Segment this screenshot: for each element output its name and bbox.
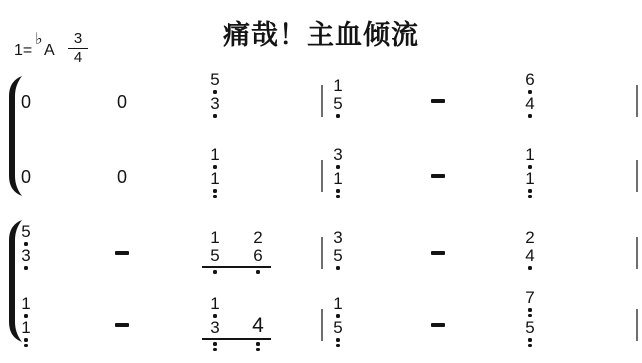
beam-line	[202, 338, 271, 340]
octave-dot	[213, 342, 216, 345]
barline	[321, 85, 323, 117]
note-digit: 5	[210, 72, 219, 88]
note-digit: 1	[210, 296, 219, 312]
note-digit: 5	[210, 248, 219, 264]
dash-note	[431, 99, 445, 103]
note-digit: 3	[210, 96, 219, 112]
note-digit: 1	[525, 147, 534, 163]
octave-dot	[528, 314, 531, 317]
note-digit: 5	[333, 248, 342, 264]
note-digit: 3	[333, 230, 342, 246]
octave-dot	[213, 189, 216, 192]
note-digit: 5	[21, 224, 30, 240]
note-digit: 5	[333, 96, 342, 112]
time-signature: 3 4	[66, 31, 90, 66]
barline	[321, 237, 323, 269]
note-digit: 5	[525, 320, 534, 336]
beam-line	[202, 266, 271, 268]
time-numerator: 3	[66, 31, 90, 47]
barline	[636, 85, 638, 117]
rest-note: 0	[21, 94, 31, 111]
octave-dot	[336, 114, 339, 117]
rest-note: 0	[21, 169, 31, 186]
note-digit: 1	[333, 296, 342, 312]
octave-dot	[528, 266, 531, 269]
octave-dot	[336, 266, 339, 269]
octave-dot	[528, 189, 531, 192]
note-digit: 4	[525, 248, 534, 264]
octave-dot	[213, 348, 216, 351]
octave-dot	[528, 308, 531, 311]
note-digit: 1	[210, 147, 219, 163]
octave-dot	[336, 195, 339, 198]
octave-dot	[213, 114, 216, 117]
note-digit: 1	[21, 296, 30, 312]
rest-note: 0	[117, 169, 127, 186]
note-digit: 4	[525, 96, 534, 112]
octave-dot	[256, 270, 259, 273]
octave-dot	[528, 195, 531, 198]
key-signature: 1= ♭ A 3 4	[14, 30, 114, 74]
note-digit: 2	[253, 230, 262, 246]
note-digit: 5	[333, 320, 342, 336]
octave-dot	[256, 342, 259, 345]
octave-dot	[528, 338, 531, 341]
barline	[636, 160, 638, 192]
barline	[636, 237, 638, 269]
dash-note	[115, 323, 129, 327]
dash-note	[431, 251, 445, 255]
key-tonic: A	[44, 42, 55, 60]
octave-dot	[528, 114, 531, 117]
note-digit: 3	[333, 147, 342, 163]
rest-note: 0	[117, 94, 127, 111]
octave-dot	[24, 266, 27, 269]
barline	[636, 309, 638, 341]
key-prefix: 1=	[14, 42, 32, 60]
note-digit: 6	[253, 248, 262, 264]
dash-note	[431, 323, 445, 327]
octave-dot	[336, 344, 339, 347]
note-digit: 3	[210, 320, 219, 336]
note-digit: 1	[210, 230, 219, 246]
barline	[321, 160, 323, 192]
note-digit: 1	[21, 320, 30, 336]
time-denominator: 4	[66, 50, 90, 66]
octave-dot	[24, 344, 27, 347]
dash-note	[431, 174, 445, 178]
octave-dot	[256, 348, 259, 351]
octave-dot	[213, 195, 216, 198]
note-digit: 3	[21, 248, 30, 264]
dash-note	[115, 251, 129, 255]
octave-dot	[24, 338, 27, 341]
note-digit: 2	[525, 230, 534, 246]
note-digit: 6	[525, 72, 534, 88]
octave-dot	[336, 338, 339, 341]
note-digit: 1	[525, 171, 534, 187]
note-digit: 1	[333, 78, 342, 94]
score-page: 痛哉！主血倾流 1= ♭ A 3 4 005315640011311153152…	[0, 0, 642, 363]
note-digit: 4	[252, 316, 264, 336]
note-digit: 1	[333, 171, 342, 187]
octave-dot	[213, 270, 216, 273]
note-digit: 7	[525, 290, 534, 306]
flat-accidental-icon: ♭	[35, 29, 43, 49]
note-digit: 1	[210, 171, 219, 187]
barline	[321, 309, 323, 341]
octave-dot	[528, 344, 531, 347]
octave-dot	[336, 189, 339, 192]
